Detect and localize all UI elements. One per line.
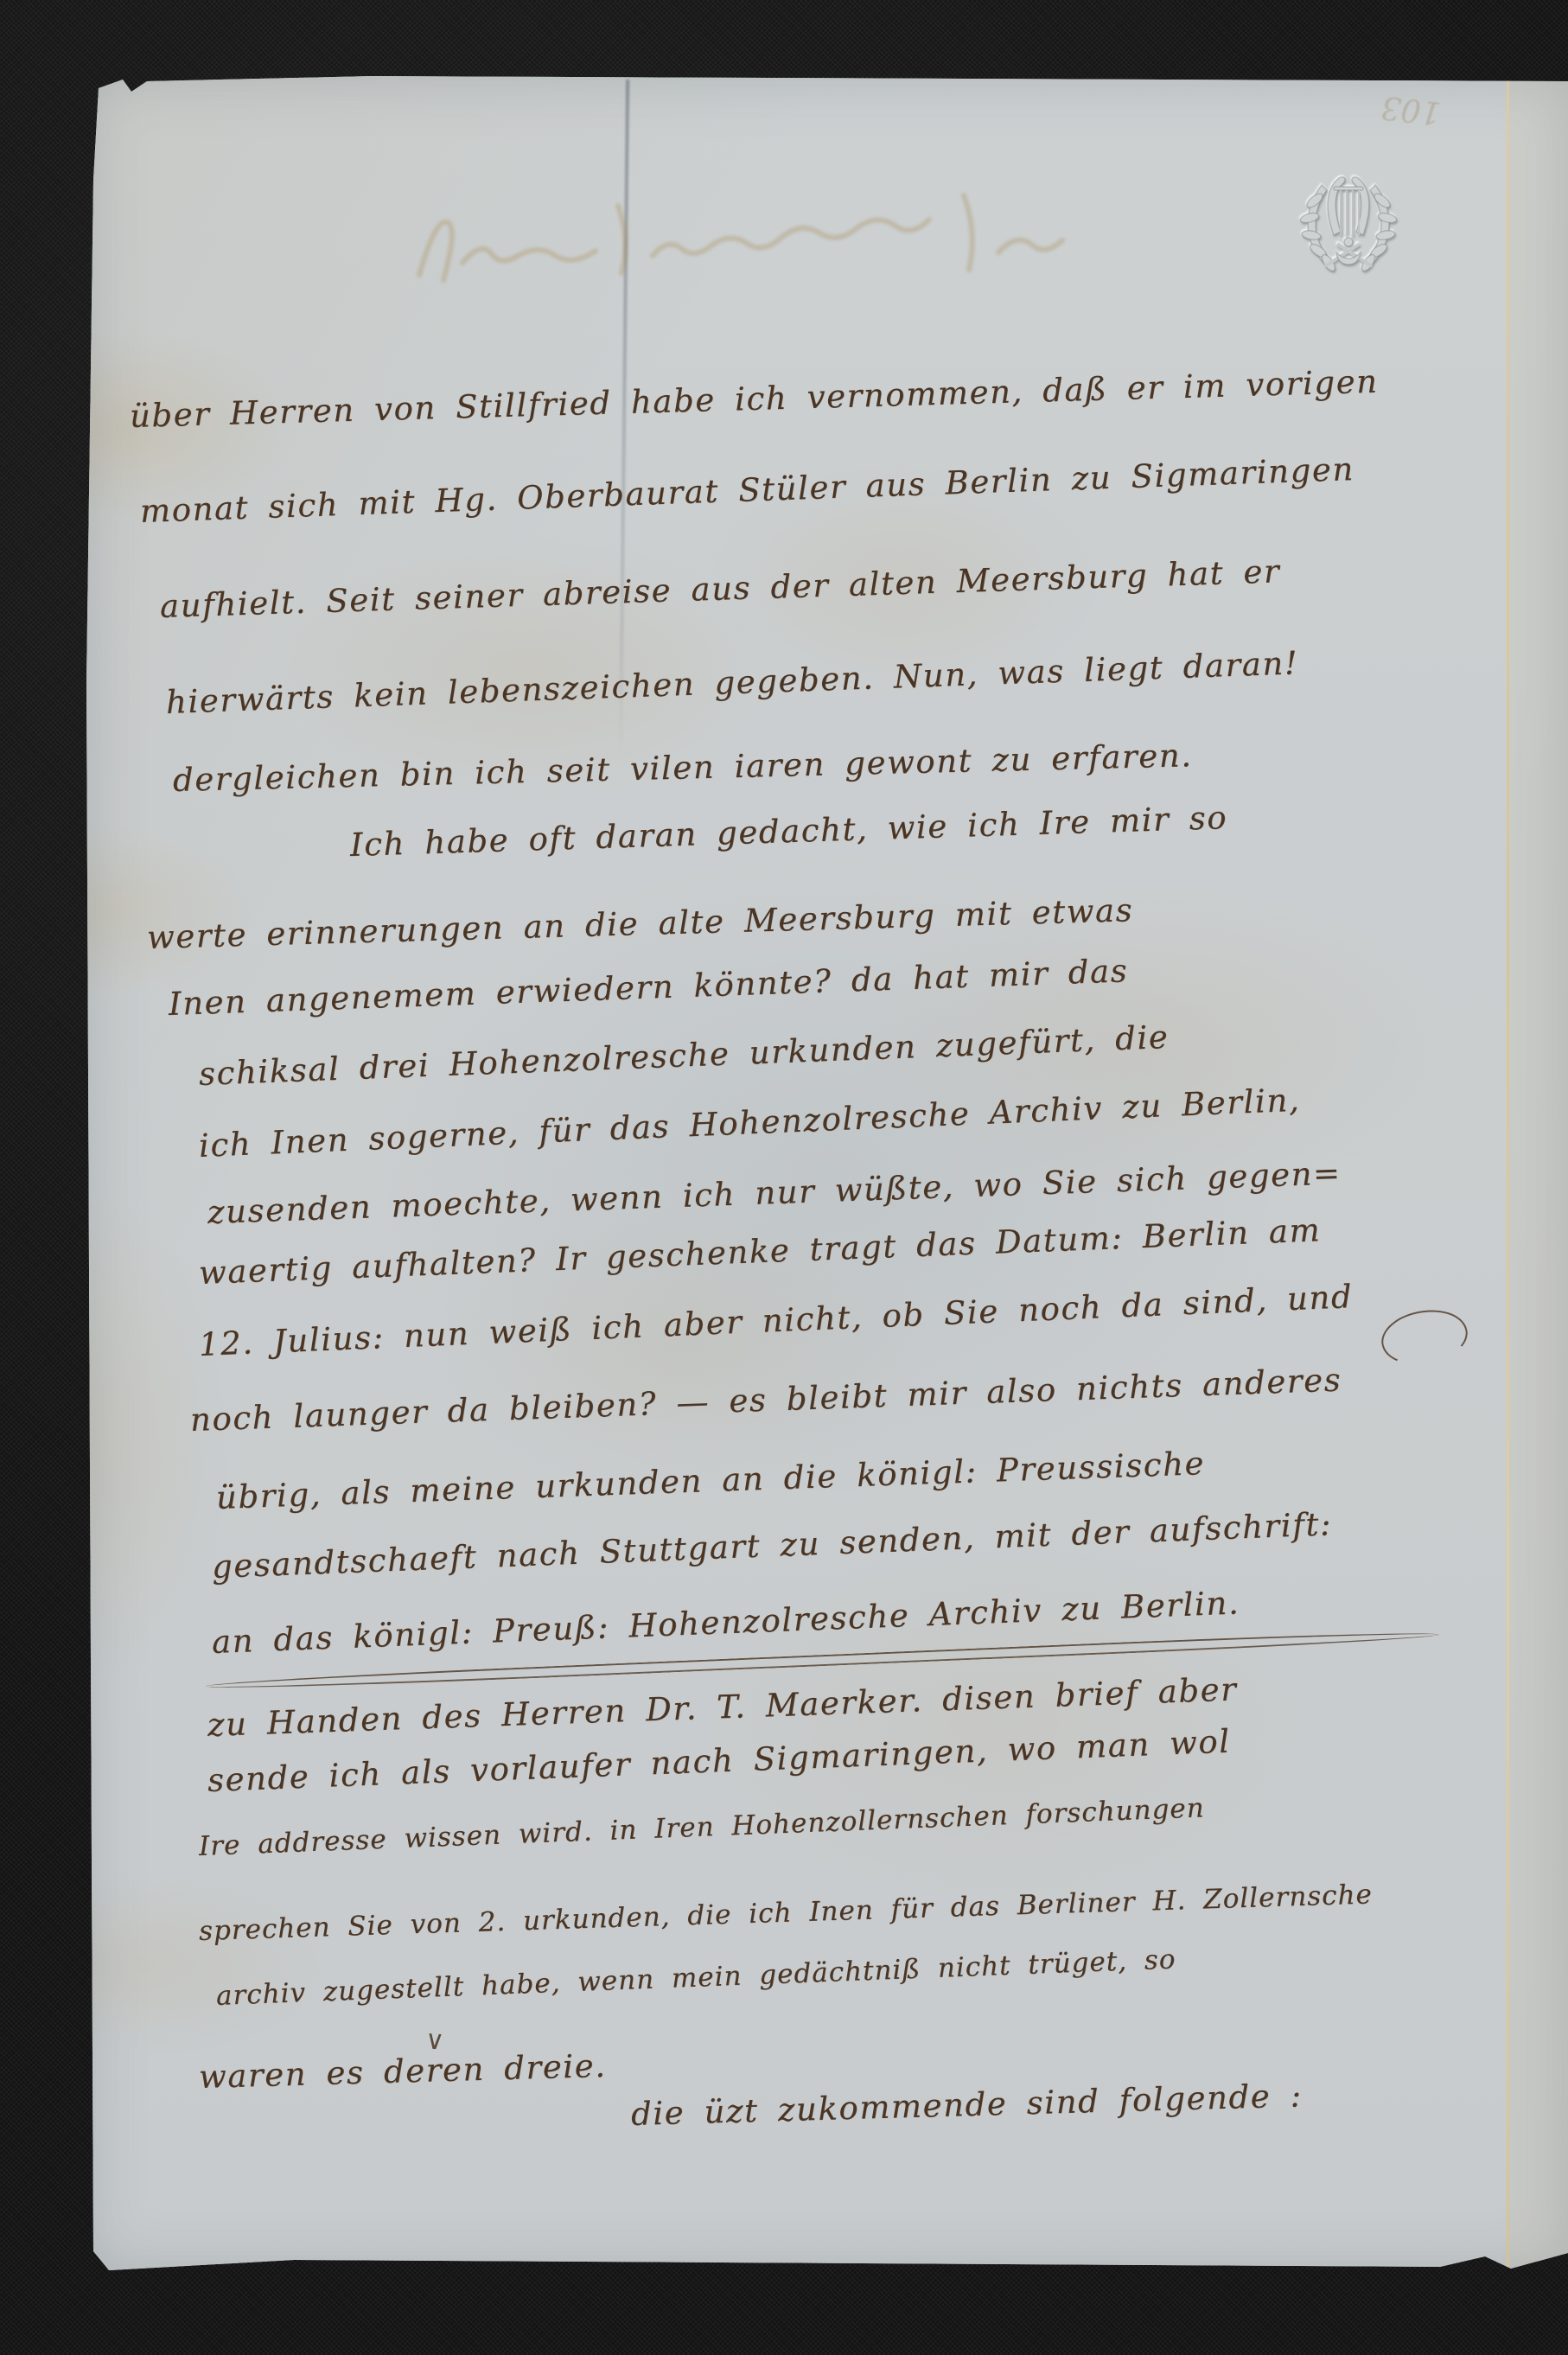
- handwritten-line: dergleichen bin ich seit vilen iaren gew…: [172, 737, 1193, 799]
- handwritten-line: archiv zugestellt habe, wenn mein gedäch…: [215, 1943, 1176, 2012]
- handwritten-line: sprechen Sie von 2. urkunden, die ich In…: [198, 1879, 1373, 1947]
- handwritten-line: werte erinnerungen an die alte Meersburg…: [146, 891, 1133, 956]
- fold-strip: [1509, 76, 1568, 2272]
- handwritten-line: monat sich mit Hg. Oberbaurat Stüler aus…: [139, 450, 1354, 530]
- insertion-caret-mark: ∨: [424, 2025, 445, 2056]
- handwritten-line: übrig, als meine urkunden an die königl:…: [215, 1445, 1205, 1516]
- handwritten-line: waren es deren dreie.: [198, 2047, 607, 2096]
- lyre-laurel-seal-icon: [1291, 156, 1406, 283]
- handwritten-line: noch launger da bleiben? — es bleibt mir…: [189, 1361, 1342, 1438]
- letter-page: 103: [86, 76, 1568, 2272]
- ink-flourish: [1376, 1301, 1473, 1374]
- handwritten-line: gesandtschaeft nach Stuttgart zu senden,…: [211, 1505, 1333, 1586]
- handwritten-line: ich Inen sogerne, für das Hohenzolresche…: [198, 1082, 1301, 1165]
- handwritten-line: hierwärts kein lebenszeichen gegeben. Nu…: [165, 644, 1299, 721]
- handwritten-line: die üzt zukommende sind folgende :: [630, 2077, 1303, 2133]
- fold-crease: [1507, 76, 1509, 2272]
- handwritten-line: Ire addresse wissen wird. in Iren Hohenz…: [198, 1792, 1205, 1862]
- handwritten-line: Inen angenemem erwiedern könnte? da hat …: [168, 952, 1129, 1023]
- scan-background: 103: [0, 0, 1568, 2355]
- handwritten-line: über Herren von Stillfried habe ich vern…: [129, 363, 1379, 435]
- handwritten-line: Ich habe oft daran gedacht, wie ich Ire …: [349, 799, 1227, 864]
- handwritten-line: 12. Julius: nun weiß ich aber nicht, ob …: [198, 1278, 1354, 1363]
- faint-page-number: 103: [1380, 89, 1443, 131]
- handwritten-line: aufhielt. Seit seiner abreise aus der al…: [159, 552, 1281, 625]
- bleedthrough-script: [307, 180, 1119, 310]
- handwritten-line: schiksal drei Hohenzolresche urkunden zu…: [198, 1018, 1170, 1093]
